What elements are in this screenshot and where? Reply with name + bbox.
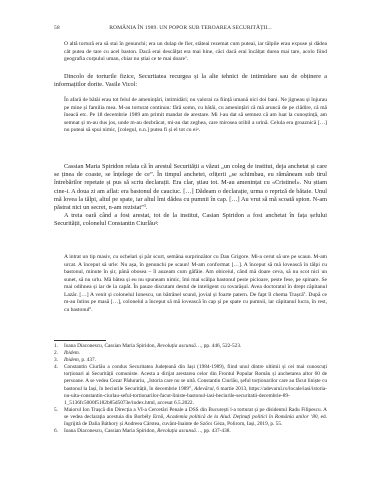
block-quote-3: A intrat un tip masiv, cu ochelari și pă… bbox=[64, 254, 327, 314]
footnote-number: 3. bbox=[54, 357, 64, 364]
quote-text: O altă tortură era să stai în genunchi; … bbox=[64, 41, 327, 62]
footnote-ref[interactable]: 4 bbox=[155, 221, 157, 225]
paragraph-text: Dincolo de torturile fizice, Securitatea… bbox=[54, 73, 327, 88]
footnote-1: 1. Ioana Diaconescu, Cassian Maria Spiri… bbox=[54, 343, 327, 350]
footnote-number: 2. bbox=[54, 350, 64, 357]
block-quote-1: O altă tortură era să stai în genunchi; … bbox=[64, 41, 327, 64]
running-title: ROMÂNIA ÎN 1989. UN POPOR SUB TEROAREA S… bbox=[54, 25, 327, 31]
body-paragraph-1: Dincolo de torturile fizice, Securitatea… bbox=[54, 73, 327, 89]
block-quote-2: În afară de bătăi erau tot felul de amen… bbox=[64, 97, 327, 135]
body-paragraph-2: Cassian Maria Spiridon relata că în ares… bbox=[54, 163, 327, 229]
document-page: 58 ROMÂNIA ÎN 1989. UN POPOR SUB TEROARE… bbox=[0, 0, 381, 492]
footnote-ref[interactable]: 1 bbox=[185, 55, 187, 59]
paragraph-text: A treia oară când a fost arestat, tot de… bbox=[54, 212, 327, 227]
footnote-number: 5. bbox=[54, 407, 64, 428]
footnote-number: 6. bbox=[54, 428, 64, 435]
footnote-number: 1. bbox=[54, 343, 64, 350]
footnotes: 1. Ioana Diaconescu, Cassian Maria Spiri… bbox=[54, 343, 327, 435]
footnote-5: 5. Maiorul Ion Trașcă din Direcția a VI-… bbox=[54, 407, 327, 428]
footnote-ref[interactable]: 2 bbox=[197, 127, 199, 131]
footnote-2: 2. Ibidem. bbox=[54, 350, 327, 357]
footnote-4: 4. Constantin Ciurlău a condus Securitat… bbox=[54, 364, 327, 407]
footnote-ref[interactable]: 3 bbox=[144, 204, 146, 208]
footnote-separator bbox=[54, 340, 106, 341]
quote-text: A intrat un tip masiv, cu ochelari și pă… bbox=[64, 254, 327, 298]
paragraph-text: Cassian Maria Spiridon relata că în ares… bbox=[54, 163, 327, 211]
footnote-ref[interactable]: 6 bbox=[89, 306, 91, 310]
footnote-6: 6. Ioana Diaconescu, Cassian Maria Spiri… bbox=[54, 428, 327, 435]
quote-text: În afară de bătăi erau tot felul de amen… bbox=[64, 97, 327, 133]
running-header: 58 ROMÂNIA ÎN 1989. UN POPOR SUB TEROARE… bbox=[54, 25, 327, 34]
footnote-number: 4. bbox=[54, 364, 64, 407]
